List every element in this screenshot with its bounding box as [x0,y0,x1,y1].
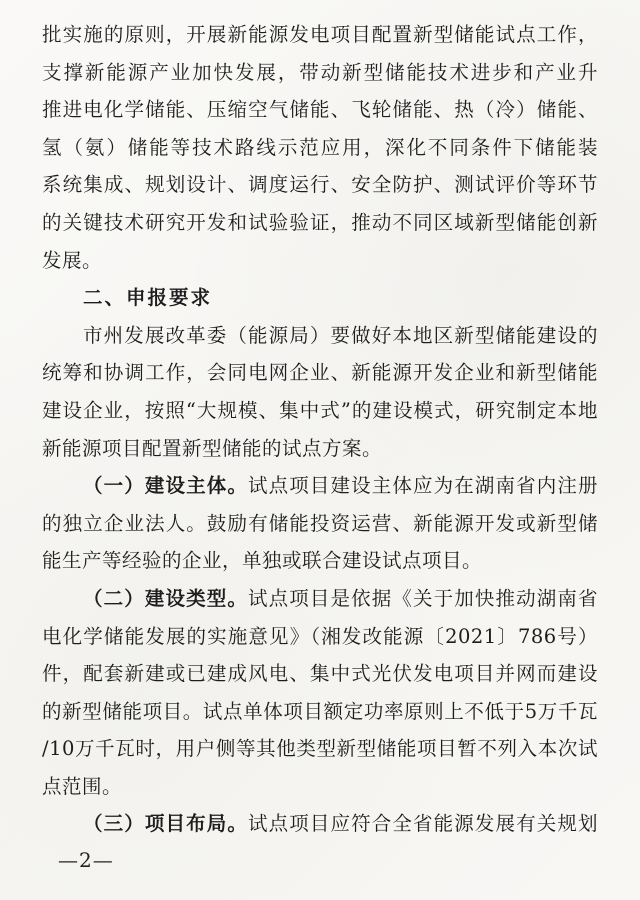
text-segment: 点范围。 [42,775,122,798]
text-line: 支撑新能源产业加快发展，带动新型储能技术进步和产业升级。 [42,54,598,92]
text-segment: 件，配套新建或已建成风电、集中式光伏发电项目并网而建设 [42,662,598,685]
text-segment: 系统集成、规划设计、调度运行、安全防护、测试评价等环节 [42,173,598,196]
text-segment: 能生产等经验的企业，单独或联合建设试点项目。 [42,549,482,572]
text-line: 系统集成、规划设计、调度运行、安全防护、测试评价等环节 [42,166,598,204]
document-text-body: 批实施的原则，开展新能源发电项目配置新型储能试点工作，支撑新能源产业加快发展，带… [42,16,598,843]
section-heading: 二、申报要求 [42,279,598,317]
text-segment: 氢（氨）储能等技术路线示范应用，深化不同条件下储能装备、 [42,136,598,167]
text-segment: 试点项目建设主体应为在湖南省内注册 [248,474,598,497]
text-segment: 试点项目应符合全省能源发展有关规划 [248,812,598,835]
text-line: 的独立企业法人。鼓励有储能投资运营、新能源开发或新型储 [42,505,598,543]
text-segment: 批实施的原则，开展新能源发电项目配置新型储能试点工作， [42,23,598,46]
text-line: 点范围。 [42,768,598,806]
text-line: （三）项目布局。试点项目应符合全省能源发展有关规划 [42,805,598,843]
document-page: 批实施的原则，开展新能源发电项目配置新型储能试点工作，支撑新能源产业加快发展，带… [0,0,640,900]
text-line: 建设企业，按照“大规模、集中式”的建设模式，研究制定本地区 [42,392,598,430]
text-segment: 支撑新能源产业加快发展，带动新型储能技术进步和产业升级。 [42,61,598,92]
text-segment: 市州发展改革委（能源局）要做好本地区新型储能建设的 [83,324,598,347]
text-segment: 电化学储能发展的实施意见》（湘发改能源〔2021〕786号）文 [42,625,598,656]
page-number: —2— [58,848,114,872]
text-segment: 新能源项目配置新型储能的试点方案。 [42,437,382,460]
text-segment: 试点项目是依据《关于加快推动湖南省 [248,587,598,610]
text-line: 发展。 [42,242,598,280]
bold-segment: （二）建设类型。 [83,587,248,610]
text-line: 件，配套新建或已建成风电、集中式光伏发电项目并网而建设 [42,655,598,693]
text-segment: 推进电化学储能、压缩空气储能、飞轮储能、热（冷）储能、 [42,98,598,121]
text-line: 的关键技术研究开发和试验验证，推动不同区域新型储能创新 [42,204,598,242]
text-line: 新能源项目配置新型储能的试点方案。 [42,430,598,468]
text-line: 市州发展改革委（能源局）要做好本地区新型储能建设的 [42,317,598,355]
bold-segment: 二、申报要求 [83,286,212,309]
text-segment: 建设企业，按照“大规模、集中式”的建设模式，研究制定本地区 [42,399,598,430]
text-line: 推进电化学储能、压缩空气储能、飞轮储能、热（冷）储能、 [42,91,598,129]
text-line: 电化学储能发展的实施意见》（湘发改能源〔2021〕786号）文 [42,618,598,656]
bold-segment: （三）项目布局。 [83,812,248,835]
text-segment: /10万千瓦时，用户侧等其他类型新型储能项目暂不列入本次试 [42,737,598,760]
text-line: （一）建设主体。试点项目建设主体应为在湖南省内注册 [42,467,598,505]
text-line: （二）建设类型。试点项目是依据《关于加快推动湖南省 [42,580,598,618]
text-line: /10万千瓦时，用户侧等其他类型新型储能项目暂不列入本次试 [42,730,598,768]
text-segment: 的独立企业法人。鼓励有储能投资运营、新能源开发或新型储 [42,512,598,535]
text-segment: 发展。 [42,249,102,272]
text-segment: 统筹和协调工作，会同电网企业、新能源开发企业和新型储能 [42,361,598,384]
bold-segment: （一）建设主体。 [83,474,248,497]
text-line: 批实施的原则，开展新能源发电项目配置新型储能试点工作， [42,16,598,54]
text-line: 统筹和协调工作，会同电网企业、新能源开发企业和新型储能 [42,354,598,392]
text-line: 的新型储能项目。试点单体项目额定功率原则上不低于5万千瓦 [42,693,598,731]
page-footer: —2— [58,848,114,872]
text-line: 氢（氨）储能等技术路线示范应用，深化不同条件下储能装备、 [42,129,598,167]
text-segment: 的关键技术研究开发和试验验证，推动不同区域新型储能创新 [42,211,598,234]
text-segment: 的新型储能项目。试点单体项目额定功率原则上不低于5万千瓦 [42,700,598,723]
text-line: 能生产等经验的企业，单独或联合建设试点项目。 [42,542,598,580]
